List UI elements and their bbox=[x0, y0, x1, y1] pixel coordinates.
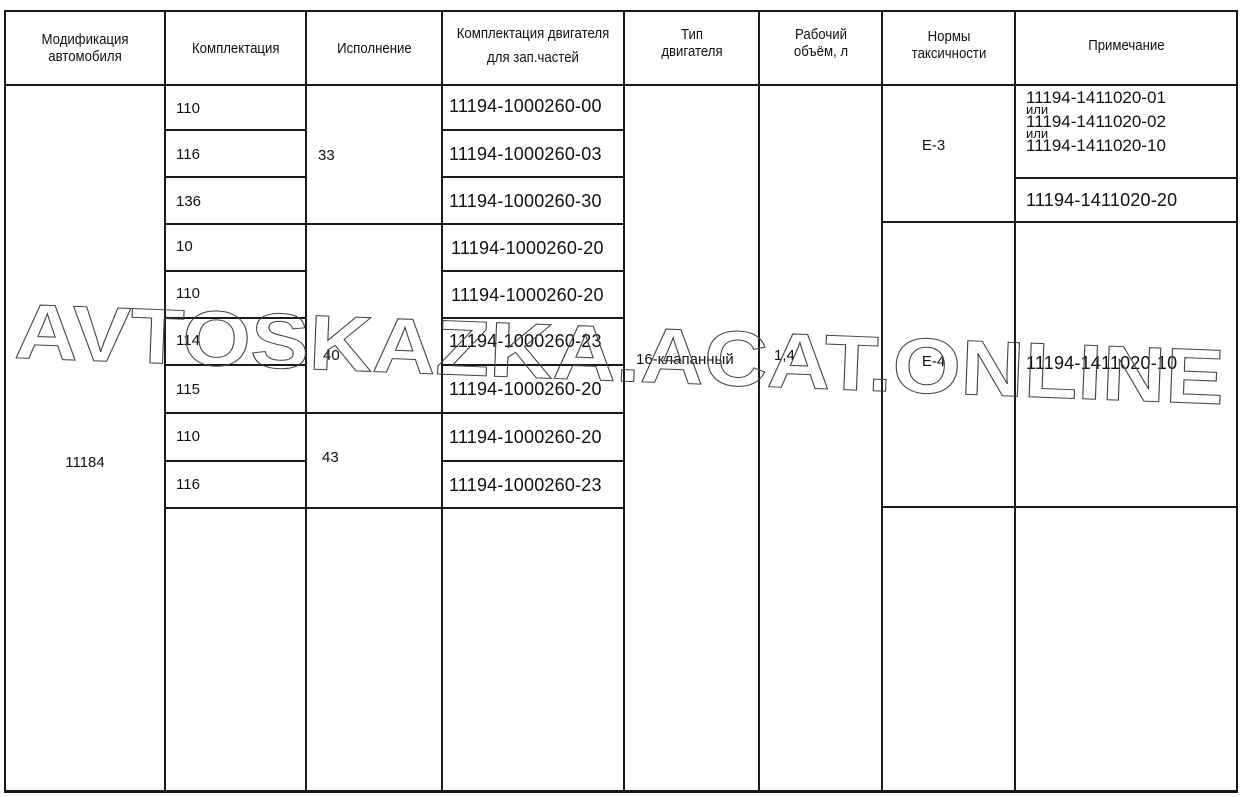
equipment-cell: 116 bbox=[176, 131, 304, 177]
header-text: Тип двигателя bbox=[656, 26, 726, 60]
header-text: Модификация автомобиля bbox=[15, 31, 154, 65]
header-engine-kit: Комплектация двигателя для зап.частей bbox=[443, 8, 623, 84]
displacement-cell: 1,4 bbox=[774, 332, 854, 378]
header-toxicity: Нормы таксичности bbox=[883, 12, 1014, 78]
notes-e4: 11194-1411020-10 bbox=[1026, 340, 1234, 386]
equipment-cell: 136 bbox=[176, 178, 304, 224]
notes-e3-alternatives: 11194-1411020-01 или 11194-1411020-02 ил… bbox=[1026, 91, 1234, 171]
equipment-cell: 10 bbox=[176, 224, 304, 268]
header-version: Исполнение bbox=[307, 12, 441, 84]
header-text: Примечание bbox=[1088, 37, 1164, 54]
engine-kit-cell: 11194-1000260-20 bbox=[449, 414, 623, 460]
version-cell: 43 bbox=[322, 434, 432, 480]
header-modification: Модификация автомобиля bbox=[6, 12, 164, 84]
header-text: Нормы таксичности bbox=[905, 28, 993, 62]
engine-kit-cell: 11194-1000260-20 bbox=[449, 366, 623, 412]
note-code: 11194-1411020-10 bbox=[1026, 139, 1166, 153]
equipment-cell: 110 bbox=[176, 271, 304, 315]
engine-kit-cell: 11194-1000260-23 bbox=[449, 318, 623, 364]
engine-kit-cell: 11194-1000260-23 bbox=[449, 462, 623, 508]
header-equipment: Комплектация bbox=[166, 12, 305, 84]
engine-kit-cell: 11194-1000260-00 bbox=[449, 84, 623, 128]
modification-cell: 11184 bbox=[6, 440, 164, 484]
engine-kit-cell: 11194-1000260-20 bbox=[451, 272, 623, 318]
version-cell: 40 bbox=[323, 332, 433, 378]
header-text: Комплектация bbox=[192, 40, 280, 57]
header-engine-type: Тип двигателя bbox=[625, 12, 758, 74]
version-cell: 33 bbox=[318, 132, 438, 178]
equipment-cell: 110 bbox=[176, 413, 304, 459]
equipment-cell: 114 bbox=[176, 318, 304, 362]
toxicity-e4-cell: E-4 bbox=[883, 338, 984, 384]
header-text: Рабочий объём, л bbox=[785, 26, 855, 60]
engine-kit-cell: 11194-1000260-30 bbox=[449, 178, 623, 224]
notes-list: 11194-1411020-01 или 11194-1411020-02 ил… bbox=[1026, 91, 1166, 153]
notes-e3-second: 11194-1411020-20 bbox=[1026, 178, 1234, 222]
header-displacement: Рабочий объём, л bbox=[760, 12, 881, 74]
equipment-cell: 115 bbox=[176, 366, 304, 412]
engine-kit-cell: 11194-1000260-20 bbox=[451, 225, 623, 271]
header-text: Исполнение bbox=[337, 40, 412, 57]
engine-kit-cell: 11194-1000260-03 bbox=[449, 131, 623, 177]
equipment-cell: 116 bbox=[176, 461, 304, 507]
toxicity-e3-cell: E-3 bbox=[883, 122, 984, 168]
header-text: Комплектация двигателя для зап.частей bbox=[454, 22, 612, 70]
header-notes: Примечание bbox=[1016, 12, 1236, 78]
equipment-cell: 110 bbox=[176, 86, 304, 130]
engine-type-cell: 16-клапанный bbox=[636, 336, 756, 382]
